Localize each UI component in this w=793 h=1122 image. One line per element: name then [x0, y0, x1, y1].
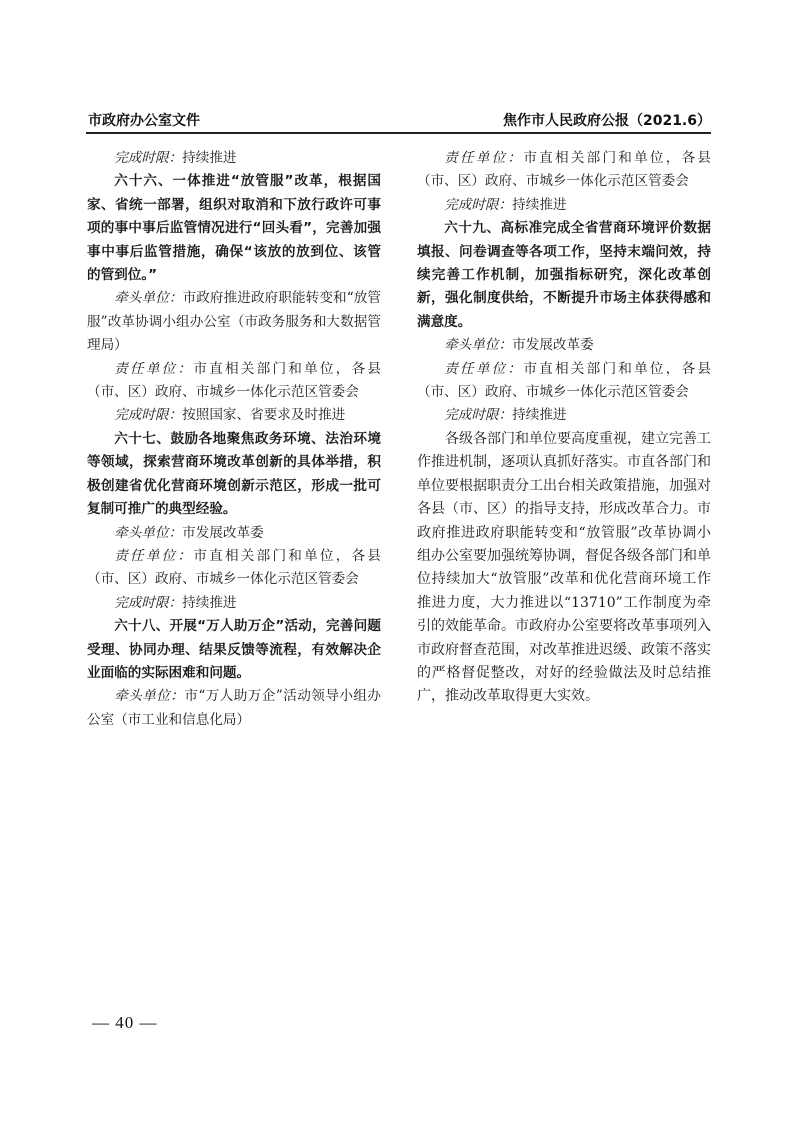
item-67: 六十七、鼓励各地聚焦政务环境、法治环境等领域，探索营商环境改革创新的具体举措，积…	[87, 428, 381, 522]
left-column: 完成时限：持续推进 六十六、一体推进“放管服”改革，根据国家、省统一部署，组织对…	[87, 147, 381, 732]
lead-unit-line: 牵头单位：市政府推进政府职能转变和“放管服”改革协调小组办公室（市政务服务和大数…	[87, 287, 381, 357]
field-label: 完成时限：	[114, 595, 182, 611]
item-68: 六十八、开展“万人助万企”活动，完善问题受理、协同办理、结果反馈等流程，有效解决…	[87, 615, 381, 685]
field-label: 牵头单位：	[444, 337, 512, 353]
header-publication-title: 焦作市人民政府公报（2021.6）	[503, 110, 711, 130]
field-value: 持续推进	[512, 407, 566, 423]
field-label: 完成时限：	[114, 407, 182, 423]
page-header: 市政府办公室文件 焦作市人民政府公报（2021.6）	[86, 106, 711, 130]
field-label: 牵头单位：	[114, 688, 184, 704]
field-value: 按照国家、省要求及时推进	[182, 407, 345, 423]
right-column: 责任单位：市直相关部门和单位，各县（市、区）政府、市城乡一体化示范区管委会 完成…	[417, 147, 711, 709]
field-label: 责任单位：	[444, 361, 523, 377]
field-label: 完成时限：	[444, 407, 512, 423]
closing-paragraph: 各级各部门和单位要高度重视，建立完善工作推进机制，逐项认真抓好落实。市直各部门和…	[417, 428, 711, 709]
field-value: 持续推进	[182, 150, 236, 166]
field-value: 市发展改革委	[512, 337, 594, 353]
field-value: 持续推进	[512, 197, 566, 213]
field-label: 牵头单位：	[114, 290, 182, 306]
deadline-line: 完成时限：持续推进	[417, 194, 711, 217]
item-69: 六十九、高标准完成全省营商环境评价数据填报、问卷调查等各项工作，坚持末端问效，持…	[417, 217, 711, 334]
header-rule	[86, 132, 711, 134]
field-value: 持续推进	[182, 595, 236, 611]
deadline-line: 完成时限：持续推进	[87, 592, 381, 615]
field-label: 责任单位：	[114, 361, 193, 377]
responsible-unit-line: 责任单位：市直相关部门和单位，各县（市、区）政府、市城乡一体化示范区管委会	[417, 358, 711, 405]
field-label: 完成时限：	[114, 150, 182, 166]
item-66: 六十六、一体推进“放管服”改革，根据国家、省统一部署，组织对取消和下放行政许可事…	[87, 170, 381, 287]
field-label: 完成时限：	[444, 197, 512, 213]
responsible-unit-line: 责任单位：市直相关部门和单位，各县（市、区）政府、市城乡一体化示范区管委会	[87, 358, 381, 405]
header-section-title: 市政府办公室文件	[88, 110, 200, 130]
lead-unit-line: 牵头单位：市发展改革委	[87, 522, 381, 545]
field-label: 责任单位：	[114, 548, 193, 564]
document-page: 市政府办公室文件 焦作市人民政府公报（2021.6） 完成时限：持续推进 六十六…	[0, 0, 793, 1122]
deadline-line: 完成时限：持续推进	[417, 404, 711, 427]
field-label: 责任单位：	[444, 150, 523, 166]
field-value: 市发展改革委	[182, 525, 264, 541]
responsible-unit-line: 责任单位：市直相关部门和单位，各县（市、区）政府、市城乡一体化示范区管委会	[87, 545, 381, 592]
deadline-line: 完成时限：持续推进	[87, 147, 381, 170]
field-label: 牵头单位：	[114, 525, 182, 541]
lead-unit-line: 牵头单位：市发展改革委	[417, 334, 711, 357]
deadline-line: 完成时限：按照国家、省要求及时推进	[87, 404, 381, 427]
responsible-unit-line: 责任单位：市直相关部门和单位，各县（市、区）政府、市城乡一体化示范区管委会	[417, 147, 711, 194]
lead-unit-line: 牵头单位：市“万人助万企”活动领导小组办公室（市工业和信息化局）	[87, 685, 381, 732]
page-number: — 40 —	[92, 1013, 158, 1033]
